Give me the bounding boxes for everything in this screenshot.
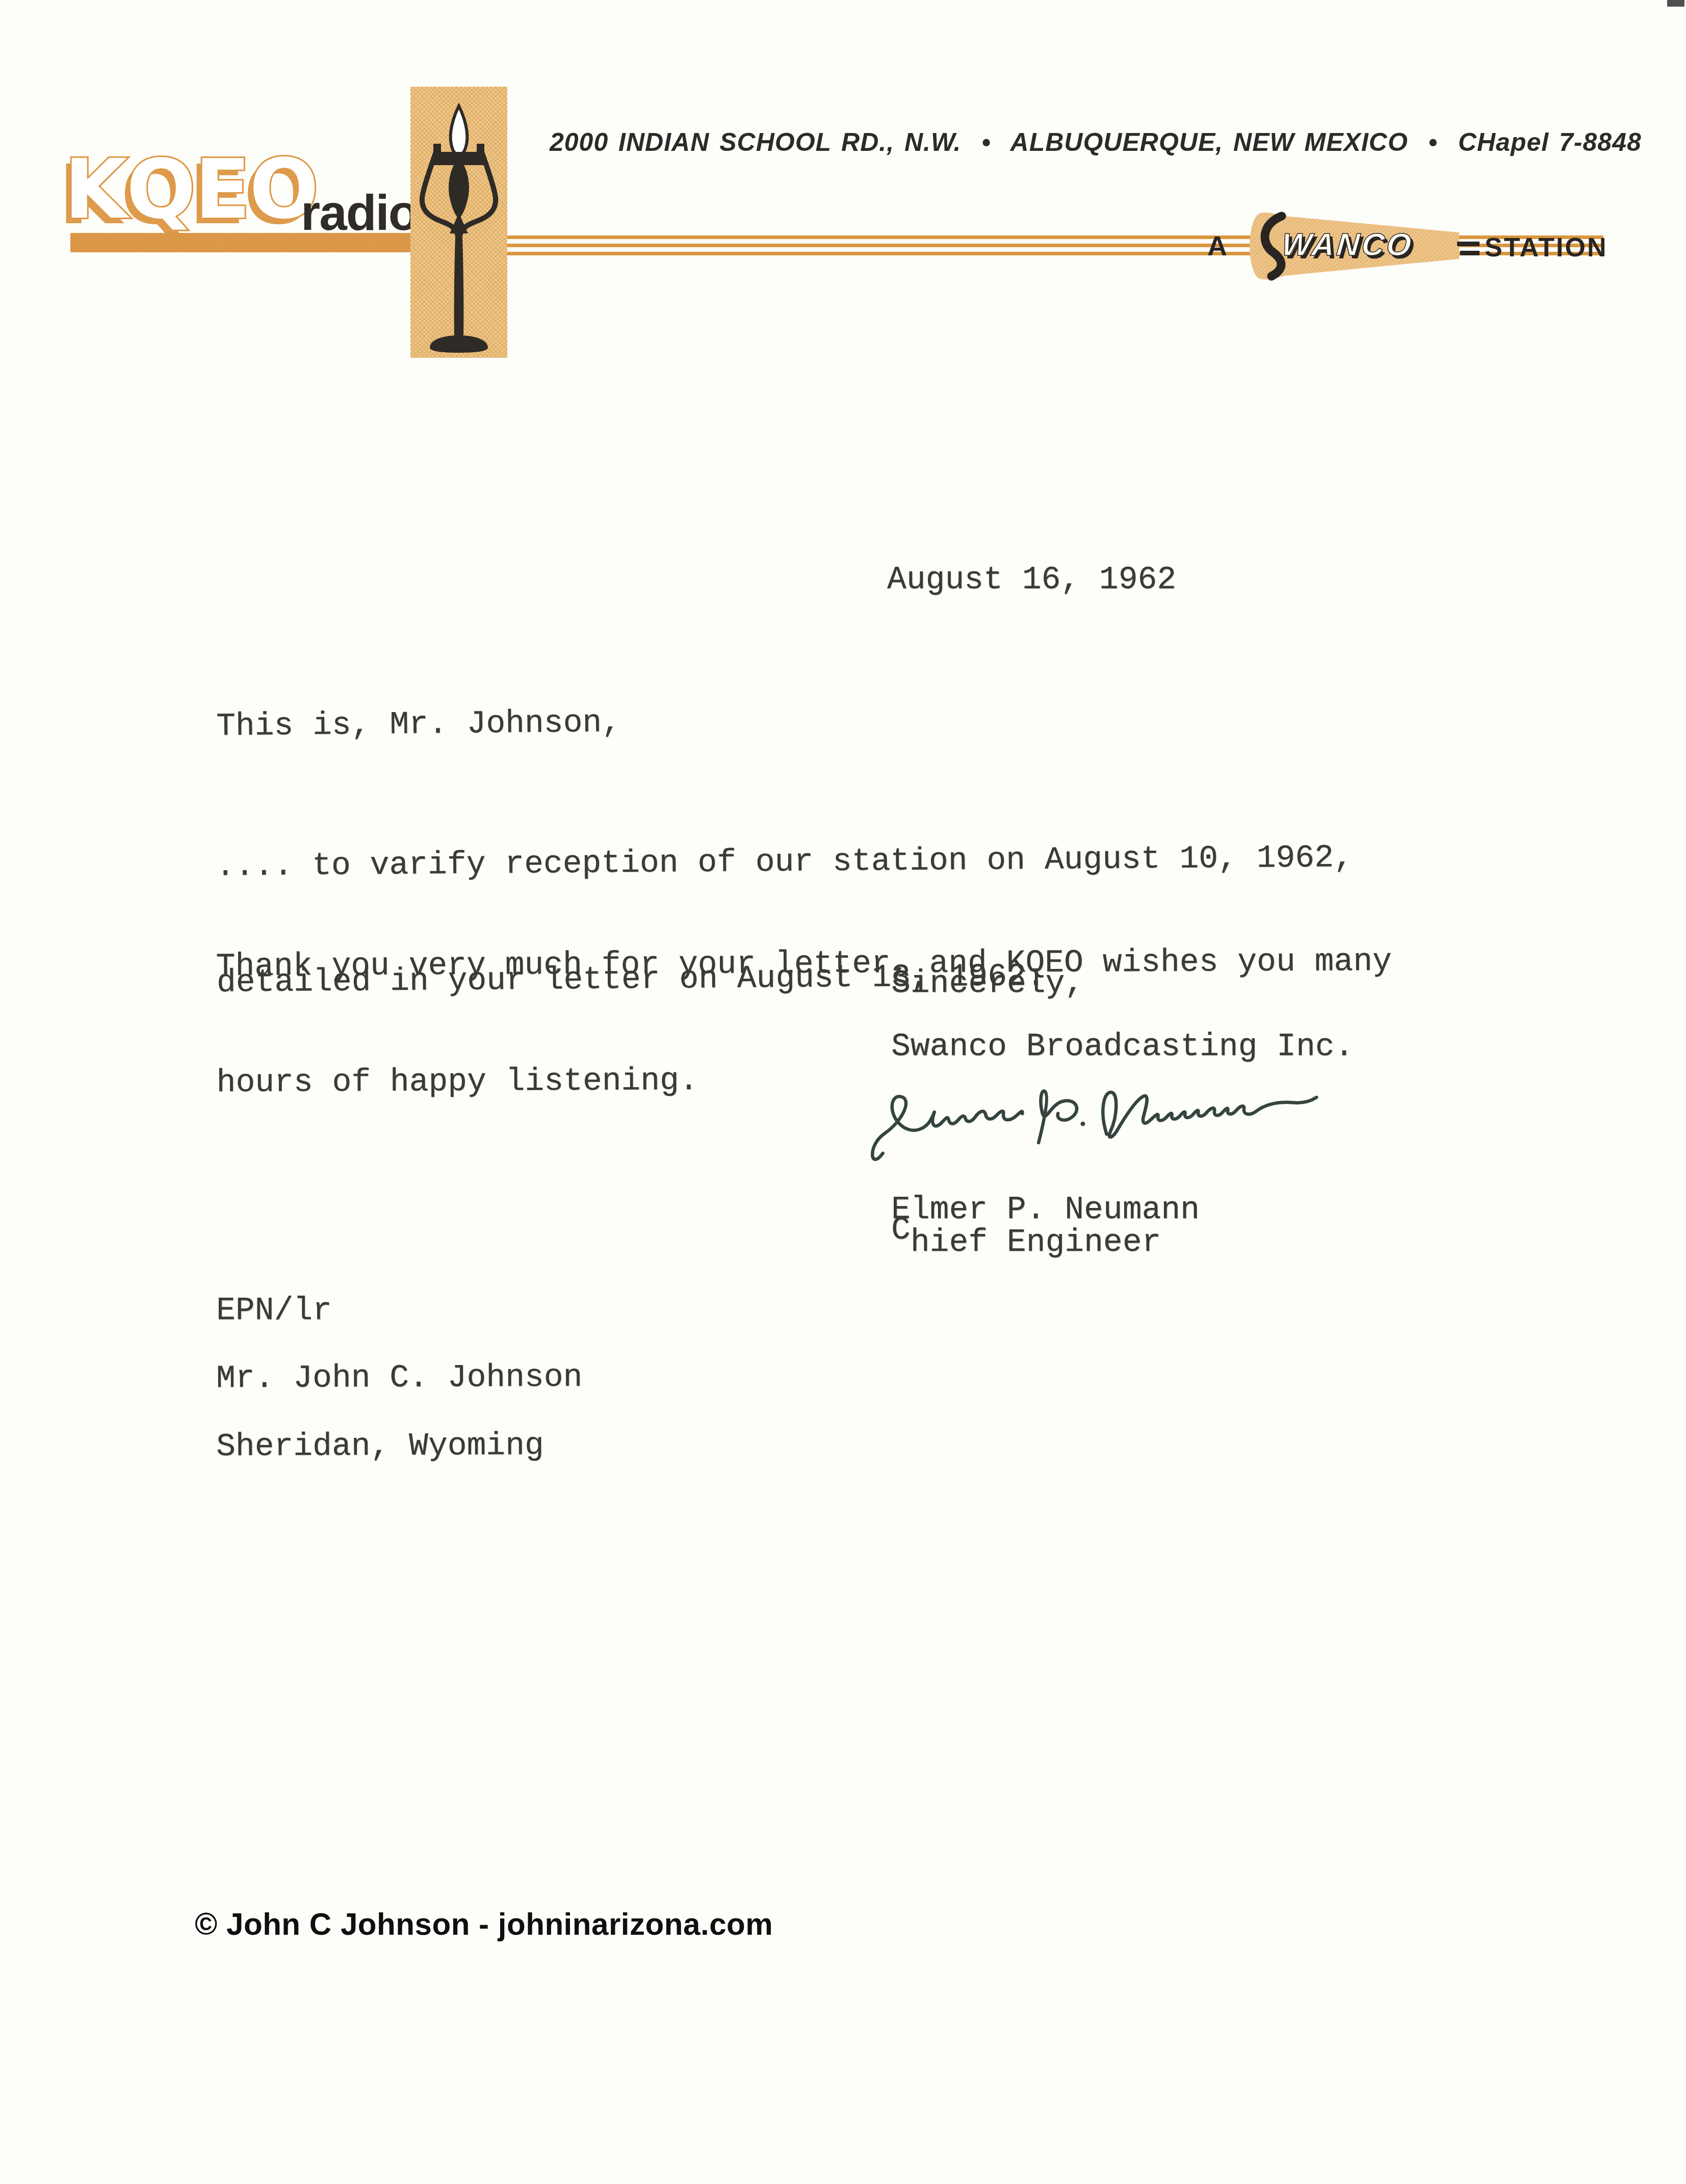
lamp-base <box>430 335 488 353</box>
lamp-stem <box>454 236 464 337</box>
letter-page: KQEO radio 2000 INDIAN SCHOOL RD., N.W. … <box>0 0 1686 2184</box>
title-line: Chief Engineer <box>891 1223 1161 1262</box>
body-line: Thank you very much for your letter, and… <box>216 942 1391 986</box>
company-line: Swanco Broadcasting Inc. <box>891 1028 1354 1066</box>
recipient-name-line: Mr. John C. Johnson <box>216 1358 583 1399</box>
scan-artifact <box>1667 0 1684 7</box>
kqeo-logo-wordmark: KQEO <box>64 149 318 230</box>
signature-stroke-neumann <box>1102 1085 1318 1138</box>
swanco-suffix-label: STATION <box>1485 232 1608 263</box>
closing-line: Sincerely, <box>891 964 1084 1003</box>
recipient-city-line: Sheridan, Wyoming <box>216 1427 544 1466</box>
lamp-reservoir <box>449 158 469 218</box>
oil-lamp-icon <box>410 87 507 358</box>
lamp-panel <box>410 87 507 358</box>
copyright-line: © John C Johnson - johninarizona.com <box>195 1909 773 1940</box>
reference-line: EPN/lr <box>216 1292 332 1330</box>
signature-period <box>1080 1121 1085 1126</box>
signature-stroke-p <box>1037 1090 1078 1143</box>
swanco-name-label: WANCO <box>1280 229 1414 261</box>
letterhead-address: 2000 INDIAN SCHOOL RD., N.W. • ALBUQUERQ… <box>550 128 1642 156</box>
signature-stroke-elmer <box>870 1092 1024 1160</box>
kqeo-logo-radio-label: radio <box>301 188 418 238</box>
salutation-line: This is, Mr. Johnson, <box>216 703 621 746</box>
swanco-dash <box>1457 242 1480 246</box>
title-rest: hief Engineer <box>911 1224 1161 1260</box>
header-orange-bar <box>70 233 411 252</box>
date-line: August 16, 1962 <box>887 561 1176 599</box>
swanco-dash <box>1460 251 1480 255</box>
lamp-stem-tab <box>450 213 468 233</box>
signature-image <box>865 1061 1327 1189</box>
title-initial: C <box>891 1212 911 1248</box>
lamp-flame <box>451 106 468 155</box>
swanco-prefix-label: A <box>1207 230 1227 262</box>
